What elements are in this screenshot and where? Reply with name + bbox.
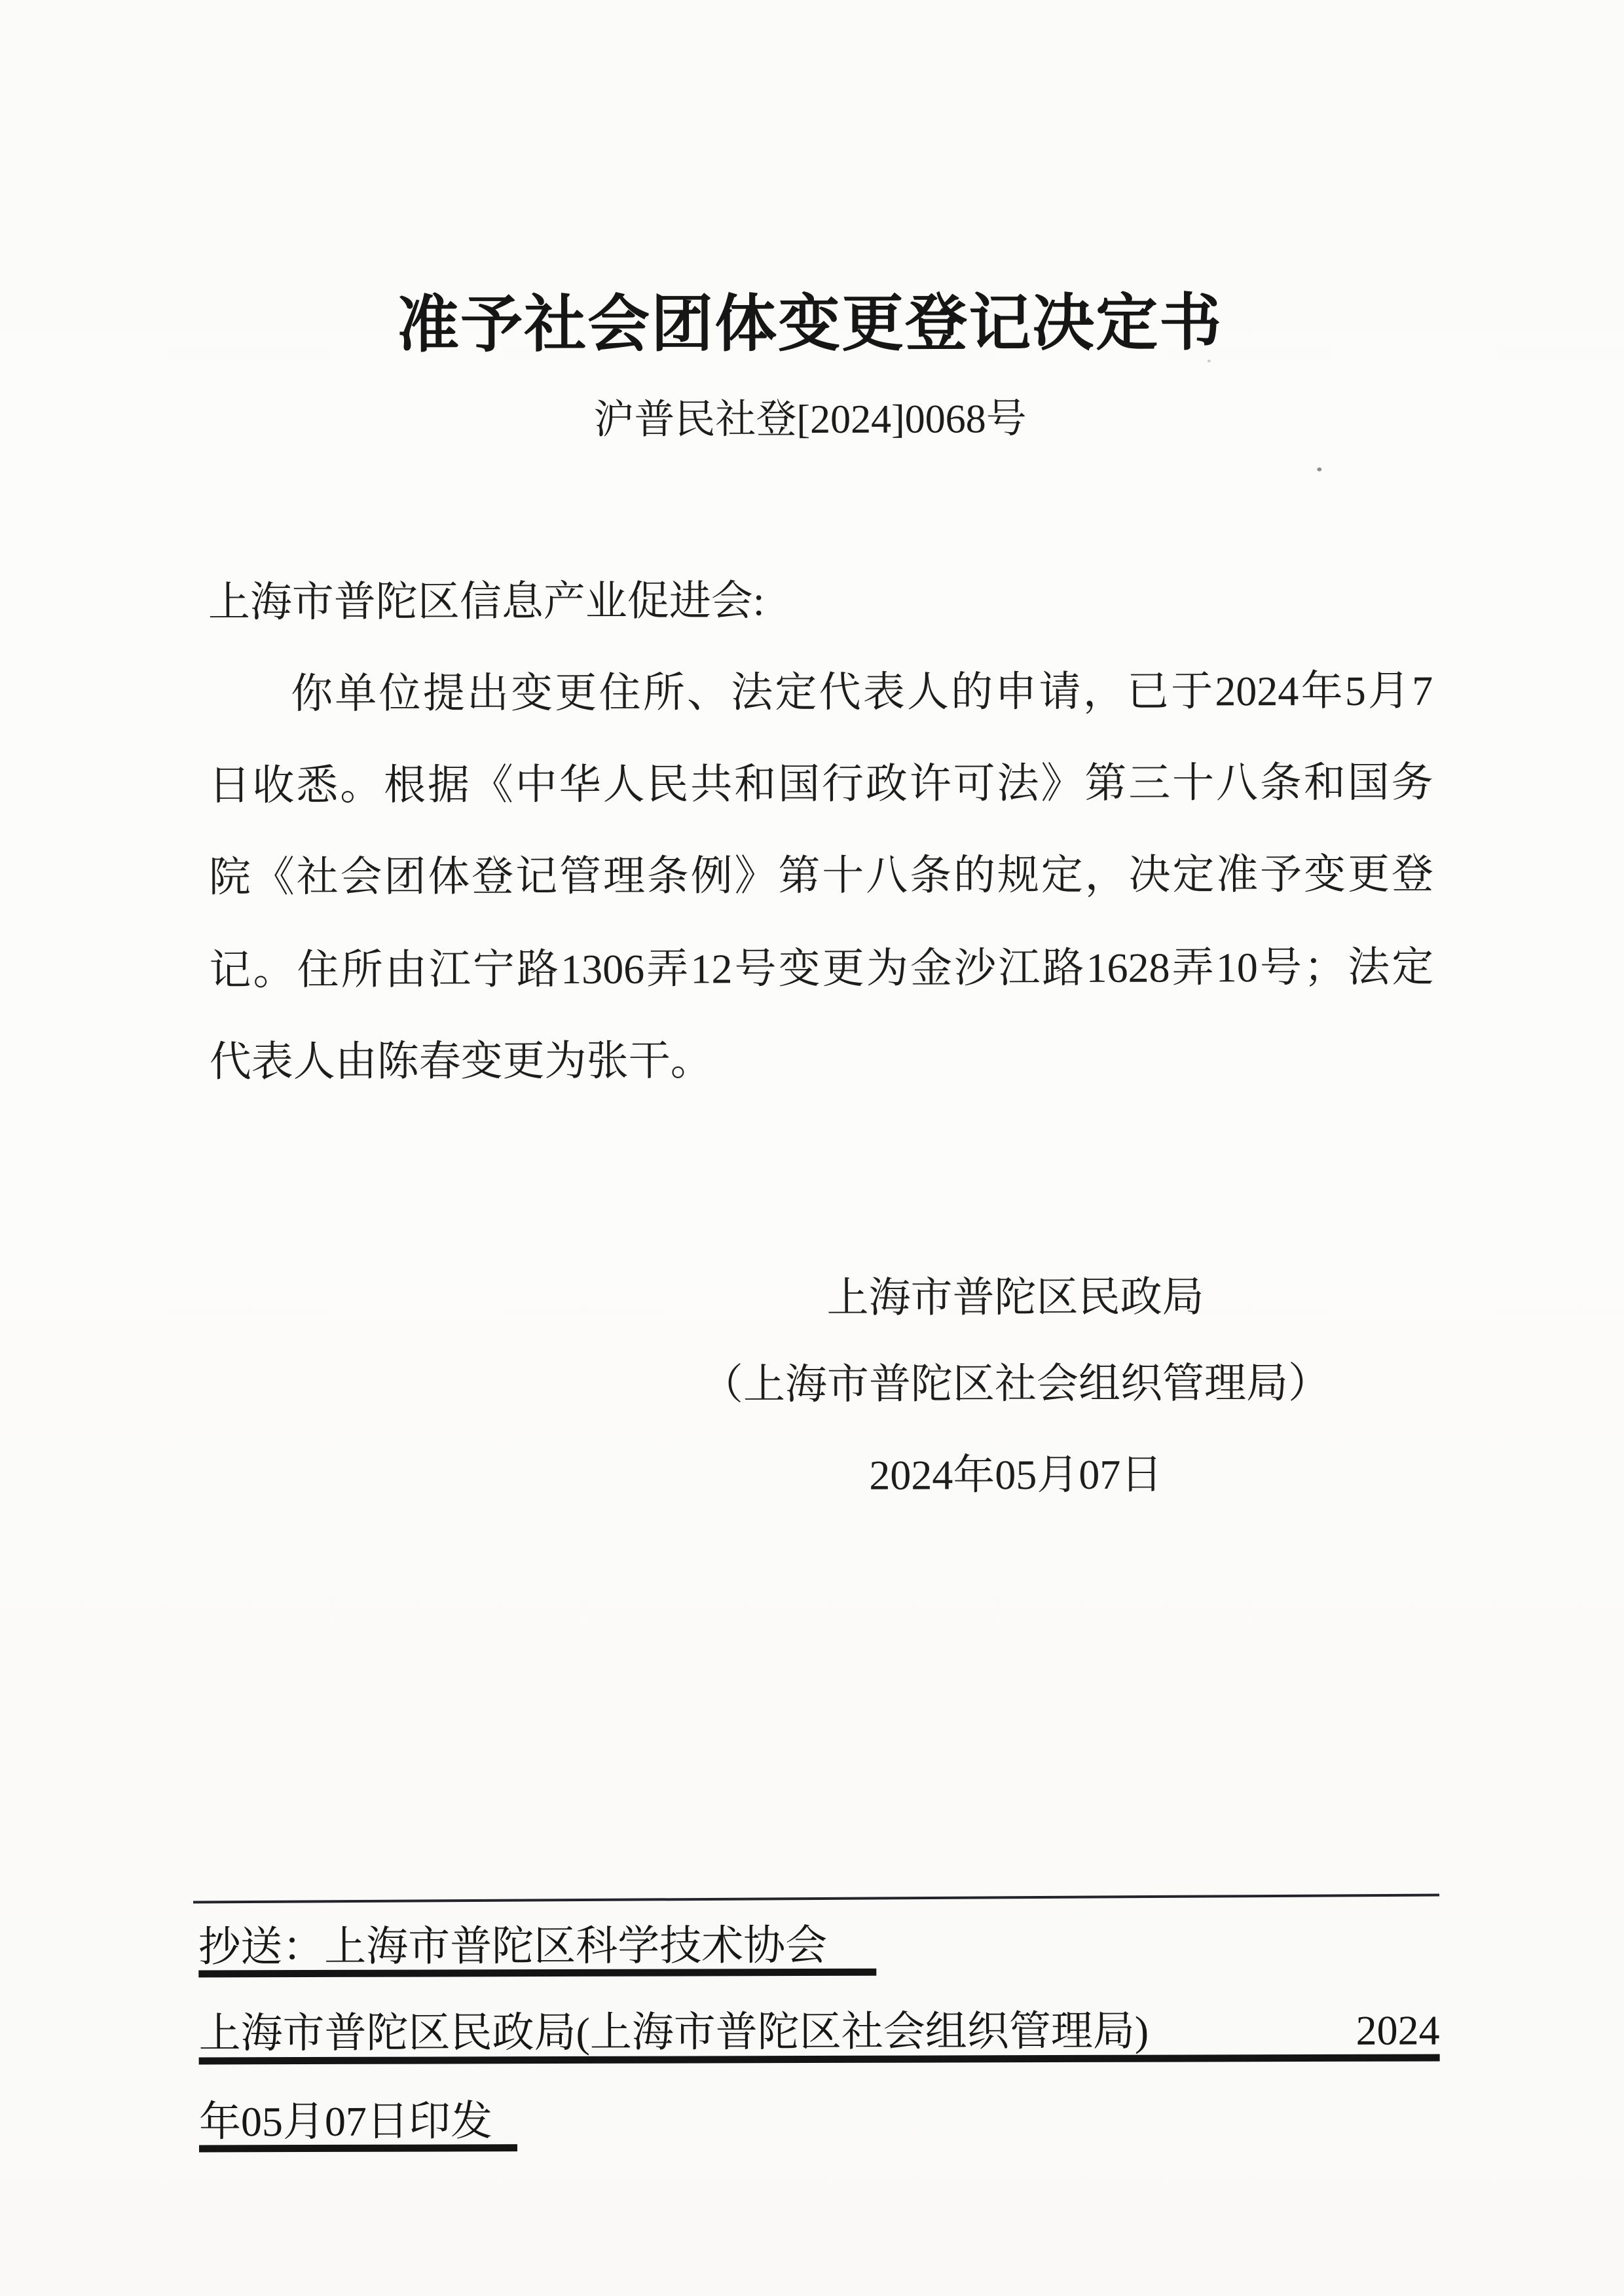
- scanned-content: 准予社会团体变更登记决定书 沪普民社登[2024]0068号 上海市普陀区信息产…: [0, 0, 1624, 2296]
- body-line-5: 代表人由陈春变更为张干。: [210, 1033, 1434, 1089]
- document-page: 准予社会团体变更登记决定书 沪普民社登[2024]0068号 上海市普陀区信息产…: [0, 0, 1624, 2296]
- signature-authority: 上海市普陀区民政局: [589, 1270, 1441, 1324]
- recipient-line: 上海市普陀区信息产业促进会:: [208, 574, 1433, 629]
- body-line-3: 院《社会团体登记管理条例》第十八条的规定，决定准予变更登: [209, 848, 1433, 904]
- footer-separator-line: [193, 1894, 1439, 1904]
- footer-issuer-row: 上海市普陀区民政局(上海市普陀区社会组织管理局) 2024: [198, 2005, 1439, 2064]
- document-title: 准予社会团体变更登记决定书: [0, 285, 1622, 364]
- scan-speck: [1208, 359, 1211, 362]
- footer-issue-year: 2024: [1356, 2005, 1439, 2054]
- body-line-2: 日收悉。根据《中华人民共和国行政许可法》第三十八条和国务: [208, 757, 1433, 812]
- footer-issuer-line: 上海市普陀区民政局(上海市普陀区社会组织管理局) 2024: [198, 2005, 1439, 2064]
- body-line-1: 你单位提出变更住所、法定代表人的申请，已于2024年5月7: [208, 665, 1433, 721]
- body-line-4: 记。住所由江宁路1306弄12号变更为金沙江路1628弄10号；法定: [209, 941, 1433, 997]
- footer-issue-date-text: 年05月07日印发: [199, 2096, 517, 2152]
- scan-speck: [1317, 467, 1321, 471]
- signature-date: 2024年05月07日: [590, 1448, 1441, 1502]
- signature-authority-alt: （上海市普陀区社会组织管理局）: [590, 1357, 1441, 1411]
- document-number: 沪普民社登[2024]0068号: [0, 392, 1622, 448]
- footer-cc-text: 抄送：上海市普陀区科学技术协会: [198, 1920, 876, 1978]
- footer-issue-date-line: 年05月07日印发: [199, 2096, 517, 2152]
- footer-cc-line: 抄送：上海市普陀区科学技术协会: [198, 1920, 876, 1978]
- footer-issuer-text: 上海市普陀区民政局(上海市普陀区社会组织管理局): [198, 2006, 1149, 2058]
